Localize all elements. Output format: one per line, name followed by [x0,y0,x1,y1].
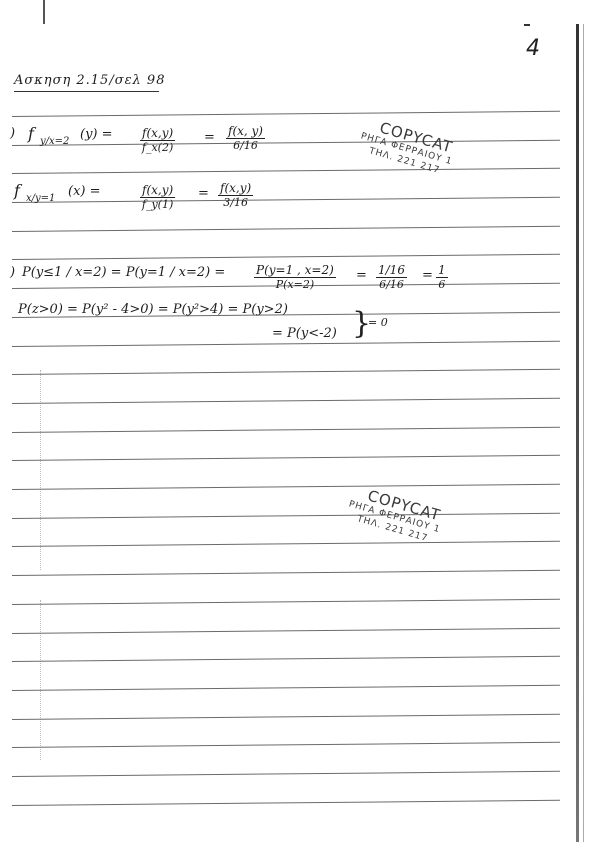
eq2-frac2-den: 3/16 [218,196,253,209]
eq2-frac1-num: f(x,y) [140,183,175,198]
ruled-line [12,541,560,547]
eq3-equals-2: = [422,268,433,283]
ruled-line [12,398,560,404]
ruled-line [12,685,560,691]
eq3-frac2-num: 1/16 [376,263,407,278]
eq2-fraction-1: f(x,y) f_y(1) [140,183,175,211]
eq1-label: ) [10,126,15,141]
eq3-fraction-1: P(y=1 , x=2) P(x=2) [254,263,336,291]
eq1-lhs-arg: (y) = [80,127,113,142]
ruled-line [12,168,560,174]
eq2-frac2-num: f(x,y) [218,181,253,196]
ruled-line [12,800,560,806]
eq2-frac1-den: f_y(1) [140,198,175,211]
eq3-frac2-den: 6/16 [376,278,407,291]
eq3-frac1-num: P(y=1 , x=2) [254,263,336,278]
ruled-line [12,226,560,232]
eq2-fraction-2: f(x,y) 3/16 [218,181,253,209]
ruled-line [12,771,560,777]
ruled-line [12,341,560,347]
page-number: 4 [526,36,540,61]
header-underline [14,91,159,92]
margin-tick [43,0,45,24]
eq1-lhs: f [28,124,34,143]
page-number-tick [524,24,530,26]
eq1-frac1-den: f_x(2) [140,141,175,154]
eq3-equals: = [356,268,367,283]
notebook-page: 4 Ασκηση 2.15/σελ 98 ) f y/x=2 (y) = f(x… [0,0,595,842]
eq1-fraction-2: f(x, y) 6/16 [226,124,265,152]
eq1-fraction-1: f(x,y) f_x(2) [140,126,175,154]
copycat-stamp: COPYCAT ΡΗΓΑ ΦΕΡΡΑΙΟΥ 1 ΤΗΛ. 221 217 [335,480,465,563]
eq3-fraction-2: 1/16 6/16 [376,263,407,291]
margin-dots [40,600,41,760]
eq1-frac2-den: 6/16 [226,139,265,152]
eq3-text: P(y≤1 / x=2) = P(y=1 / x=2) = [22,265,225,280]
eq1-frac2-num: f(x, y) [226,124,265,139]
eq1-equals: = [204,130,215,145]
ruled-line [12,628,560,634]
binding-strip [576,24,579,842]
eq3-label: ) [10,265,15,280]
ruled-line [12,513,560,519]
eq1-frac1-num: f(x,y) [140,126,175,141]
eq4-text-a: P(z>0) = P(y² - 4>0) = P(y²>4) = P(y>2) [18,302,288,317]
ruled-line [12,656,560,662]
eq3-fraction-3: 1 6 [436,263,448,291]
exercise-header: Ασκηση 2.15/σελ 98 [14,73,165,88]
copycat-stamp: COPYCAT ΡΗΓΑ ΦΕΡΡΑΙΟΥ 1 ΤΗΛ. 221 217 [347,112,477,195]
ruled-line [12,254,560,260]
binding-edge [583,24,584,842]
ruled-line [12,484,560,490]
eq1-lhs-subscript: y/x=2 [40,136,69,147]
eq2-equals: = [198,186,209,201]
ruled-line [12,714,560,720]
eq3-frac1-den: P(x=2) [254,278,336,291]
ruled-line [12,570,560,576]
ruled-line [12,427,560,433]
ruled-line [12,455,560,461]
eq4-result: = 0 [368,316,388,329]
eq2-lhs-subscript: x/y=1 [26,193,55,204]
ruled-line [12,369,560,375]
eq2-lhs-arg: (x) = [68,184,101,199]
eq3-frac3-num: 1 [436,263,448,278]
eq3-frac3-den: 6 [436,278,448,291]
ruled-line [12,742,560,748]
ruled-line [12,599,560,605]
ruled-line [12,111,560,117]
eq2-lhs: f [14,181,20,200]
eq4-text-b: = P(y<-2) [272,326,337,341]
margin-dots [40,370,41,570]
